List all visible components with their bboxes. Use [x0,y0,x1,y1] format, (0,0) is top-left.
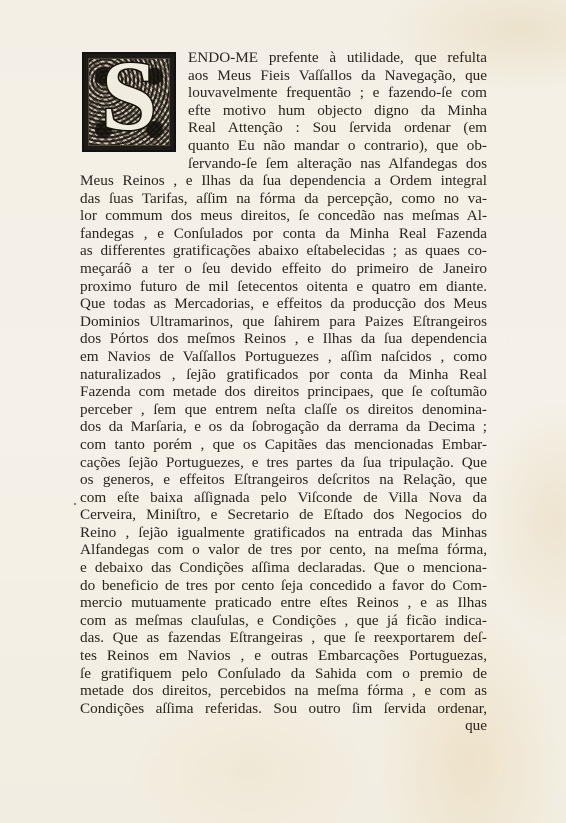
text-line: quanto Eu não mandar o contrario), que o… [188,137,487,155]
text-line: louvavelmente frequentão ; e fazendo-ſe … [188,84,487,102]
text-line: Dominios Ultramarinos, que ſahirem para … [80,313,487,331]
text-line: ſe gratifiquem pelo Conſulado da Sahida … [80,665,487,683]
indented-paragraph-block: ENDO-ME prefente à utilidade, que refult… [188,49,487,172]
text-line: Que todas as Mercadorias, e effeitos da … [80,295,487,313]
text-line: lor commum dos meus direitos, ſe concedã… [80,207,487,225]
document-page: S ENDO-ME prefente à utilidade, que refu… [0,0,566,823]
text-line: com eſte baixa aſſignada pelo Viſconde d… [80,489,487,507]
text-line: com as meſmas clauſulas, e Condições , q… [80,612,487,630]
text-line: Fazenda com metade dos direitos principa… [80,383,487,401]
catchword: que [80,717,487,735]
text-line: naturalizados , ſejão gratificados por c… [80,366,487,384]
text-line: ENDO-ME prefente à utilidade, que refult… [188,49,487,67]
text-line: Condições aſſima referidas. Sou outro ſi… [80,700,487,718]
text-line: das. Que as fazendas Eſtrangeiras , que … [80,629,487,647]
text-line: meçaráõ a ter o ſeu devido effeito do pr… [80,260,487,278]
text-line: tes Reinos em Navios , e outras Embarcaç… [80,647,487,665]
text-line: do beneficio de tres por cento ſeja conc… [80,577,487,595]
text-line: com tanto porém , que os Capitães das me… [80,436,487,454]
paper-blemish [74,503,76,505]
text-line: Cerveira, Miniſtro, e Secretario de Eſta… [80,506,487,524]
full-width-paragraph-block: Meus Reinos , e Ilhas da ſua dependencia… [80,172,487,735]
drop-cap-letter: S [84,52,174,146]
text-line: ſervando-ſe ſem alteração nas Alfandegas… [188,155,487,173]
text-line: os generos, e effeitos Eſtrangeiros deſc… [80,471,487,489]
text-line: dos Pórtos dos meſmos Reinos , e Ilhas d… [80,330,487,348]
text-line: aos Meus Fieis Vaſſallos da Navegação, q… [188,67,487,85]
text-line: e debaixo das Condições aſſima declarada… [80,559,487,577]
text-line: cações ſejão Portuguezes, e tres partes … [80,454,487,472]
ornamental-drop-cap: S [82,52,176,152]
text-line: proximo futuro de mil ſetecentos oitenta… [80,278,487,296]
text-line: Reino , ſejão igualmente gratificados na… [80,524,487,542]
text-line: Meus Reinos , e Ilhas da ſua dependencia… [80,172,487,190]
text-line: fandegas , e Conſulados por conta da Min… [80,225,487,243]
text-line: perceber , ſem que entrem neſta claſſe o… [80,401,487,419]
text-line: das ſuas Tarifas, aſſim na fórma da perc… [80,190,487,208]
text-line: em Navios de Vaſſallos Portuguezes , aſſ… [80,348,487,366]
text-line: mercio mutuamente praticado entre eſtes … [80,594,487,612]
text-line: Alfandegas com o valor de tres por cento… [80,541,487,559]
text-line: efte motivo hum objecto digno da Minha [188,102,487,120]
text-line: metade dos direitos, percebidos na meſma… [80,682,487,700]
text-line: Real Attenção : Sou ſervida ordenar (em [188,119,487,137]
text-line: as differentes gratificações abaixo eſta… [80,242,487,260]
text-line: dos da Marſaria, e os da ſobrogação da d… [80,418,487,436]
